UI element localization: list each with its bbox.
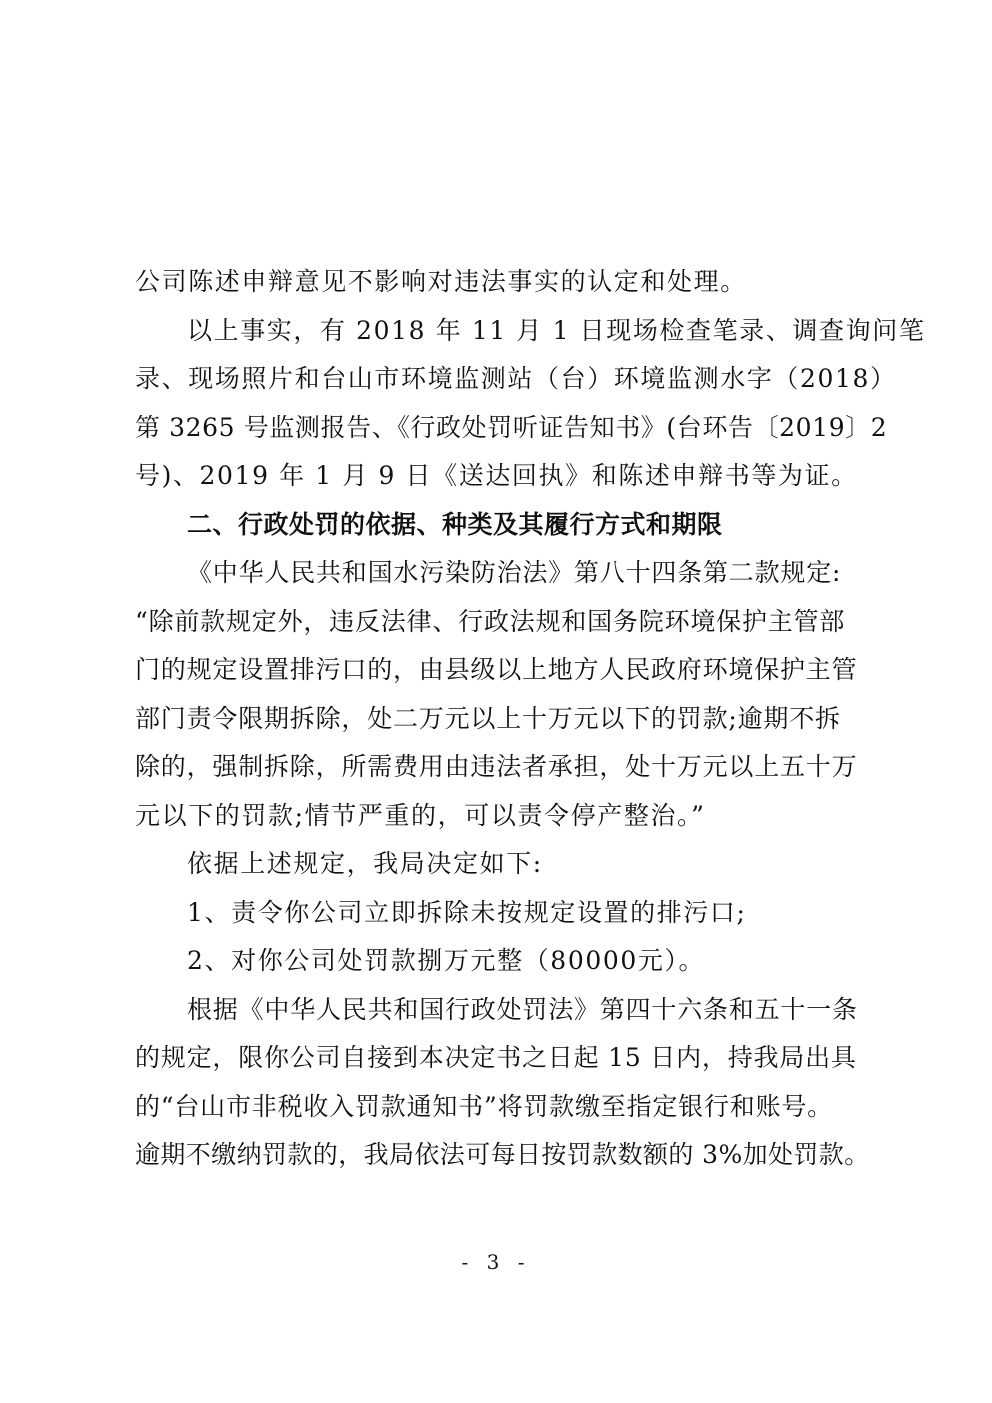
paragraph-line: 除的，强制拆除，所需费用由违法者承担，处十万元以上五十万 <box>135 743 883 792</box>
paragraph-line: 的“台山市非税收入罚款通知书”将罚款缴至指定银行和账号。 <box>135 1083 883 1132</box>
paragraph-line: 以上事实，有 2018 年 11 月 1 日现场检查笔录、调查询问笔 <box>135 307 883 356</box>
paragraph-line: 依据上述规定，我局决定如下: <box>135 840 883 889</box>
paragraph-line: 第 3265 号监测报告、《行政处罚听证告知书》(台环告〔2019〕2 <box>135 404 883 453</box>
paragraph-line: 的规定，限你公司自接到本决定书之日起 15 日内，持我局出具 <box>135 1034 883 1083</box>
document-body: 公司陈述申辩意见不影响对违法事实的认定和处理。 以上事实，有 2018 年 11… <box>135 258 883 1180</box>
paragraph-line: 元以下的罚款;情节严重的，可以责令停产整治。” <box>135 792 883 841</box>
paragraph-line: 公司陈述申辩意见不影响对违法事实的认定和处理。 <box>135 258 883 307</box>
paragraph-line: 《中华人民共和国水污染防治法》第八十四条第二款规定: <box>135 549 883 598</box>
paragraph-line: 门的规定设置排污口的，由县级以上地方人民政府环境保护主管 <box>135 646 883 695</box>
paragraph-line: “除前款规定外，违反法律、行政法规和国务院环境保护主管部 <box>135 598 883 647</box>
paragraph-line: 录、现场照片和台山市环境监测站（台）环境监测水字（2018） <box>135 355 883 404</box>
page-number: - 3 - <box>0 1250 992 1274</box>
list-item: 1、责令你公司立即拆除未按规定设置的排污口; <box>135 889 883 938</box>
paragraph-line: 逾期不缴纳罚款的，我局依法可每日按罚款数额的 3%加处罚款。 <box>135 1131 883 1180</box>
section-heading: 二、行政处罚的依据、种类及其履行方式和期限 <box>135 501 883 550</box>
paragraph-line: 号)、2019 年 1 月 9 日《送达回执》和陈述申辩书等为证。 <box>135 452 883 501</box>
paragraph-line: 根据《中华人民共和国行政处罚法》第四十六条和五十一条 <box>135 986 883 1035</box>
paragraph-line: 部门责令限期拆除，处二万元以上十万元以下的罚款;逾期不拆 <box>135 695 883 744</box>
list-item: 2、对你公司处罚款捌万元整（80000元）。 <box>135 937 883 986</box>
